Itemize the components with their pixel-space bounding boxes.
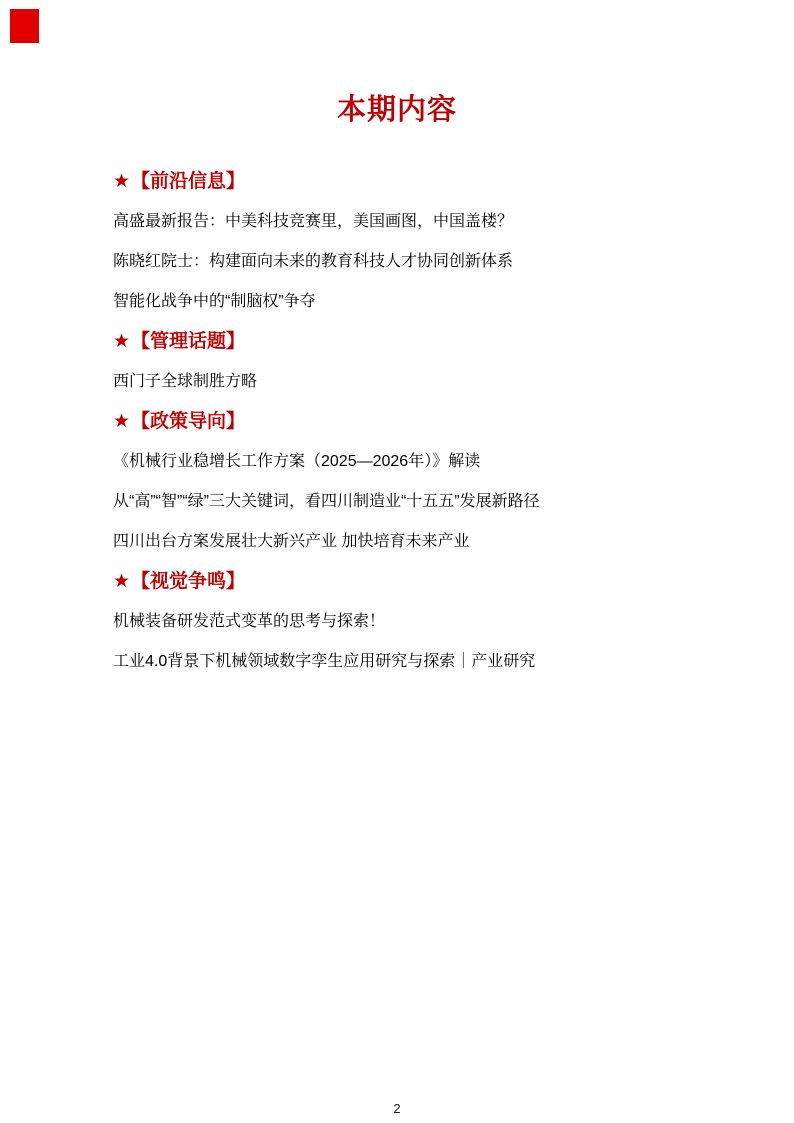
toc-item: 高盛最新报告：中美科技竞赛里，美国画图，中国盖楼？ xyxy=(113,211,734,251)
toc-item: 机械装备研发范式变革的思考与探索！ xyxy=(113,611,734,651)
section-title: 【政策导向】 xyxy=(131,411,245,432)
toc-item: 四川出台方案发展壮大新兴产业 加快培育未来产业 xyxy=(113,531,734,571)
toc-item: 西门子全球制胜方略 xyxy=(113,371,734,411)
section-header-frontier: ★【前沿信息】 xyxy=(113,171,734,211)
star-icon: ★ xyxy=(113,331,130,353)
star-icon: ★ xyxy=(113,171,130,193)
section-header-management: ★【管理话题】 xyxy=(113,331,734,371)
section-title: 【视觉争鸣】 xyxy=(131,571,245,592)
section-title: 【前沿信息】 xyxy=(131,171,245,192)
red-square-marker xyxy=(10,9,39,43)
toc-item: 工业4.0背景下机械领域数字孪生应用研究与探索｜产业研究 xyxy=(113,651,734,691)
section-title: 【管理话题】 xyxy=(131,331,245,352)
section-header-policy: ★【政策导向】 xyxy=(113,411,734,451)
document-page: 本期内容 ★【前沿信息】 高盛最新报告：中美科技竞赛里，美国画图，中国盖楼？ 陈… xyxy=(0,0,794,1123)
star-icon: ★ xyxy=(113,411,130,433)
section-header-vision: ★【视觉争鸣】 xyxy=(113,571,734,611)
page-title: 本期内容 xyxy=(0,93,794,127)
page-number: 2 xyxy=(0,1101,794,1117)
toc-item: 从“高”“智”“绿”三大关键词，看四川制造业“十五五”发展新路径 xyxy=(113,491,734,531)
toc-item: 《机械行业稳增长工作方案（2025—2026年）》解读 xyxy=(113,451,734,491)
star-icon: ★ xyxy=(113,571,130,593)
toc-item: 智能化战争中的“制脑权”争夺 xyxy=(113,291,734,331)
toc-item: 陈晓红院士：构建面向未来的教育科技人才协同创新体系 xyxy=(113,251,734,291)
toc-content: ★【前沿信息】 高盛最新报告：中美科技竞赛里，美国画图，中国盖楼？ 陈晓红院士：… xyxy=(113,171,734,691)
